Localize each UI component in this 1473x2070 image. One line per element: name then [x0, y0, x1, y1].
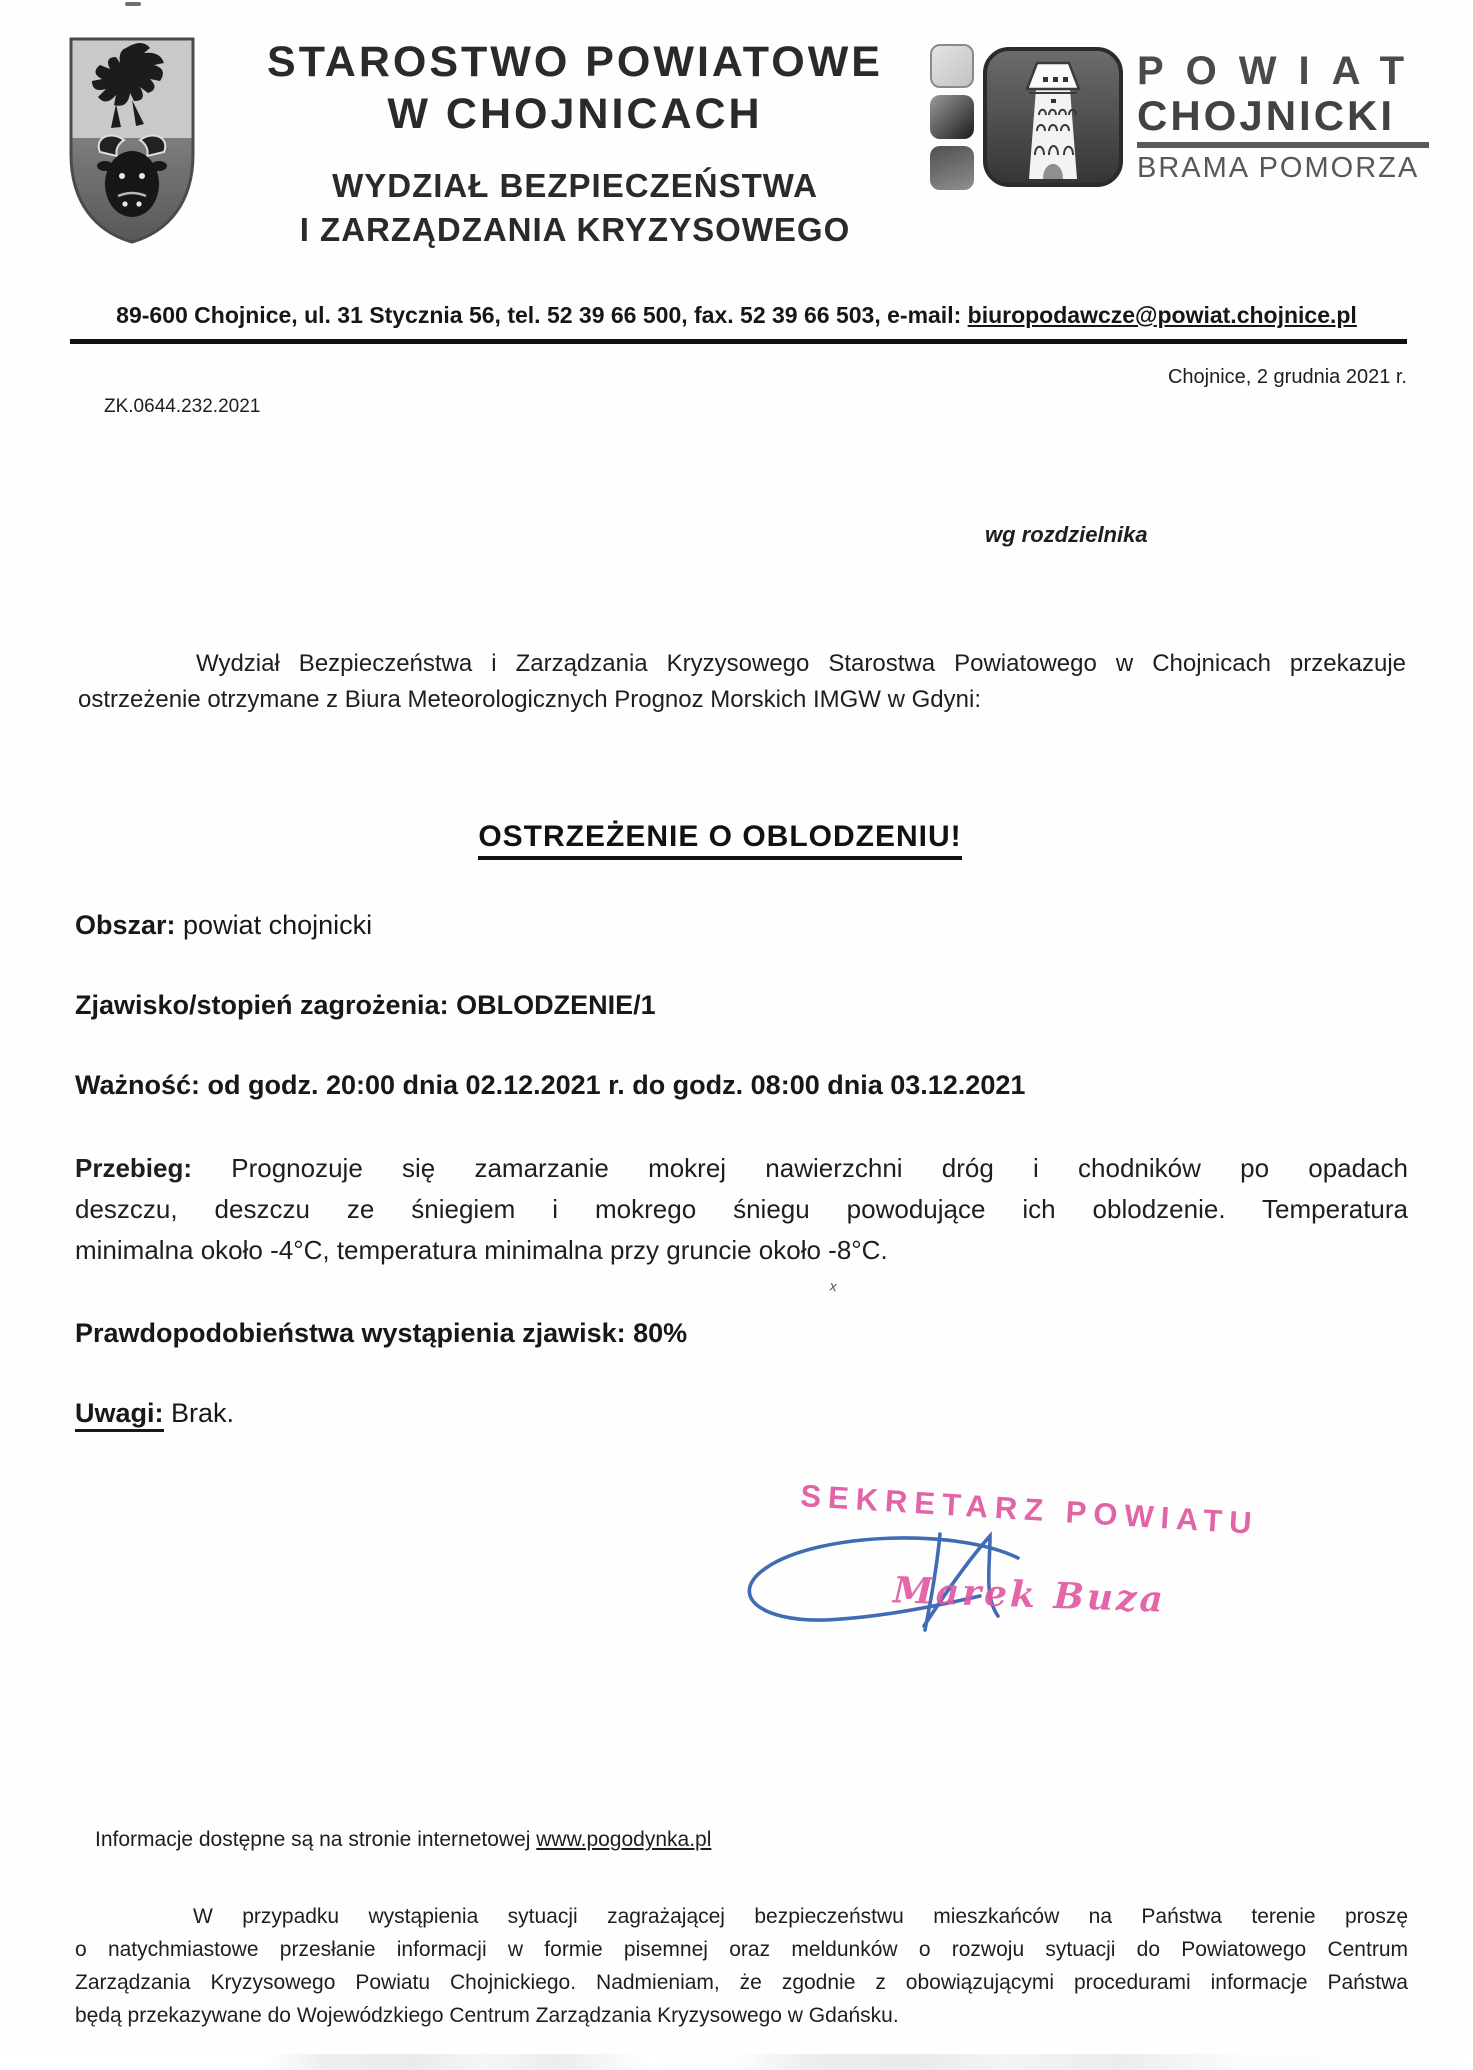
logo-square-dark	[930, 95, 974, 139]
warning-title: OSTRZEŻENIE O OBLODZENIU!	[0, 820, 1440, 854]
address-text: 89-600 Chojnice, ul. 31 Stycznia 56, tel…	[116, 302, 967, 328]
remarks-value: Brak.	[164, 1398, 235, 1428]
org-name-line1: STAROSTWO POWIATOWE	[255, 36, 895, 88]
course-line-1-text: Prognozuje się zamarzanie mokrej nawierz…	[231, 1153, 1408, 1183]
remarks-label: Uwagi:	[75, 1398, 164, 1432]
course-line-2: deszczu, deszczu ze śniegiem i mokrego ś…	[75, 1189, 1408, 1230]
reference-number: ZK.0644.232.2021	[104, 396, 260, 418]
header-rule	[70, 339, 1407, 344]
validity-value: od godz. 20:00 dnia 02.12.2021 r. do god…	[200, 1070, 1025, 1100]
closing-line-3: Zarządzania Kryzysowego Powiatu Chojnick…	[75, 1966, 1408, 1999]
course-line-3: minimalna około -4°C, temperatura minima…	[75, 1230, 1408, 1271]
info-text: Informacje dostępne są na stronie intern…	[95, 1828, 536, 1851]
closing-line-4: będą przekazywane do Wojewódzkiego Centr…	[75, 1999, 1408, 2032]
phenomenon-value: OBLODZENIE/1	[449, 990, 656, 1020]
intro-line-1: Wydział Bezpieczeństwa i Zarządzania Kry…	[78, 646, 1406, 682]
logo-text-powiat: POWIAT	[1137, 49, 1429, 93]
distribution-note: wg rozdzielnika	[985, 522, 1148, 548]
course-paragraph: Przebieg: Prognozuje się zamarzanie mokr…	[75, 1148, 1408, 1271]
letterhead-address: 89-600 Chojnice, ul. 31 Stycznia 56, tel…	[0, 302, 1473, 329]
logo-wordmark: POWIAT CHOJNICKI BRAMA POMORZA	[1137, 49, 1429, 185]
intro-line-2: ostrzeżenie otrzymane z Biura Meteorolog…	[78, 682, 1406, 718]
probability-value: 80%	[626, 1318, 688, 1348]
probability-row: Prawdopodobieństwa wystąpienia zjawisk: …	[75, 1318, 687, 1349]
logo-square-medium	[930, 146, 974, 190]
area-row: Obszar: powiat chojnicki	[75, 910, 372, 941]
logo-squares-icon	[930, 44, 974, 190]
dept-name-line2: I ZARZĄDZANIA KRYZYSOWEGO	[255, 208, 895, 252]
logo-text-chojnicki: CHOJNICKI	[1137, 93, 1429, 139]
scan-artifact-band	[0, 2054, 1473, 2070]
pogodynka-link[interactable]: www.pogodynka.pl	[536, 1828, 711, 1851]
scan-artifact-speck: x	[828, 1277, 838, 1294]
info-line: Informacje dostępne są na stronie intern…	[95, 1828, 711, 1852]
validity-row: Ważność: od godz. 20:00 dnia 02.12.2021 …	[75, 1070, 1025, 1101]
probability-label: Prawdopodobieństwa wystąpienia zjawisk:	[75, 1318, 626, 1348]
course-line-1: Przebieg: Prognozuje się zamarzanie mokr…	[75, 1148, 1408, 1189]
phenomenon-row: Zjawisko/stopień zagrożenia: OBLODZENIE/…	[75, 990, 656, 1021]
course-label: Przebieg:	[75, 1153, 231, 1183]
closing-line-2: o natychmiastowe przesłanie informacji w…	[75, 1933, 1408, 1966]
dept-name-line1: WYDZIAŁ BEZPIECZEŃSTWA	[255, 164, 895, 208]
logo-text-brama-pomorza: BRAMA POMORZA	[1137, 152, 1429, 185]
gate-tower-icon	[983, 44, 1123, 190]
letterhead-titles: STAROSTWO POWIATOWE W CHOJNICACH WYDZIAŁ…	[255, 36, 895, 252]
closing-paragraph: W przypadku wystąpienia sytuacji zagraża…	[75, 1900, 1408, 2032]
org-name-line2: W CHOJNICACH	[255, 88, 895, 140]
logo-divider	[1137, 142, 1429, 148]
validity-label: Ważność:	[75, 1070, 200, 1100]
place-and-date: Chojnice, 2 grudnia 2021 r.	[0, 366, 1407, 389]
closing-line-1: W przypadku wystąpienia sytuacji zagraża…	[75, 1900, 1408, 1933]
logo-square-light	[930, 44, 974, 88]
warning-title-text: OSTRZEŻENIE O OBLODZENIU!	[478, 820, 961, 860]
area-value: powiat chojnicki	[176, 910, 373, 940]
intro-paragraph: Wydział Bezpieczeństwa i Zarządzania Kry…	[78, 646, 1406, 718]
address-email-link[interactable]: biuropodawcze@powiat.chojnice.pl	[968, 302, 1357, 328]
area-label: Obszar:	[75, 910, 176, 940]
scan-artifact-dash	[125, 2, 141, 6]
phenomenon-label: Zjawisko/stopień zagrożenia:	[75, 990, 449, 1020]
remarks-row: Uwagi: Brak.	[75, 1398, 234, 1429]
county-coat-of-arms-icon	[66, 34, 198, 246]
scanned-letter-page: STAROSTWO POWIATOWE W CHOJNICACH WYDZIAŁ…	[0, 0, 1473, 2070]
county-logo: POWIAT CHOJNICKI BRAMA POMORZA	[930, 44, 1429, 190]
